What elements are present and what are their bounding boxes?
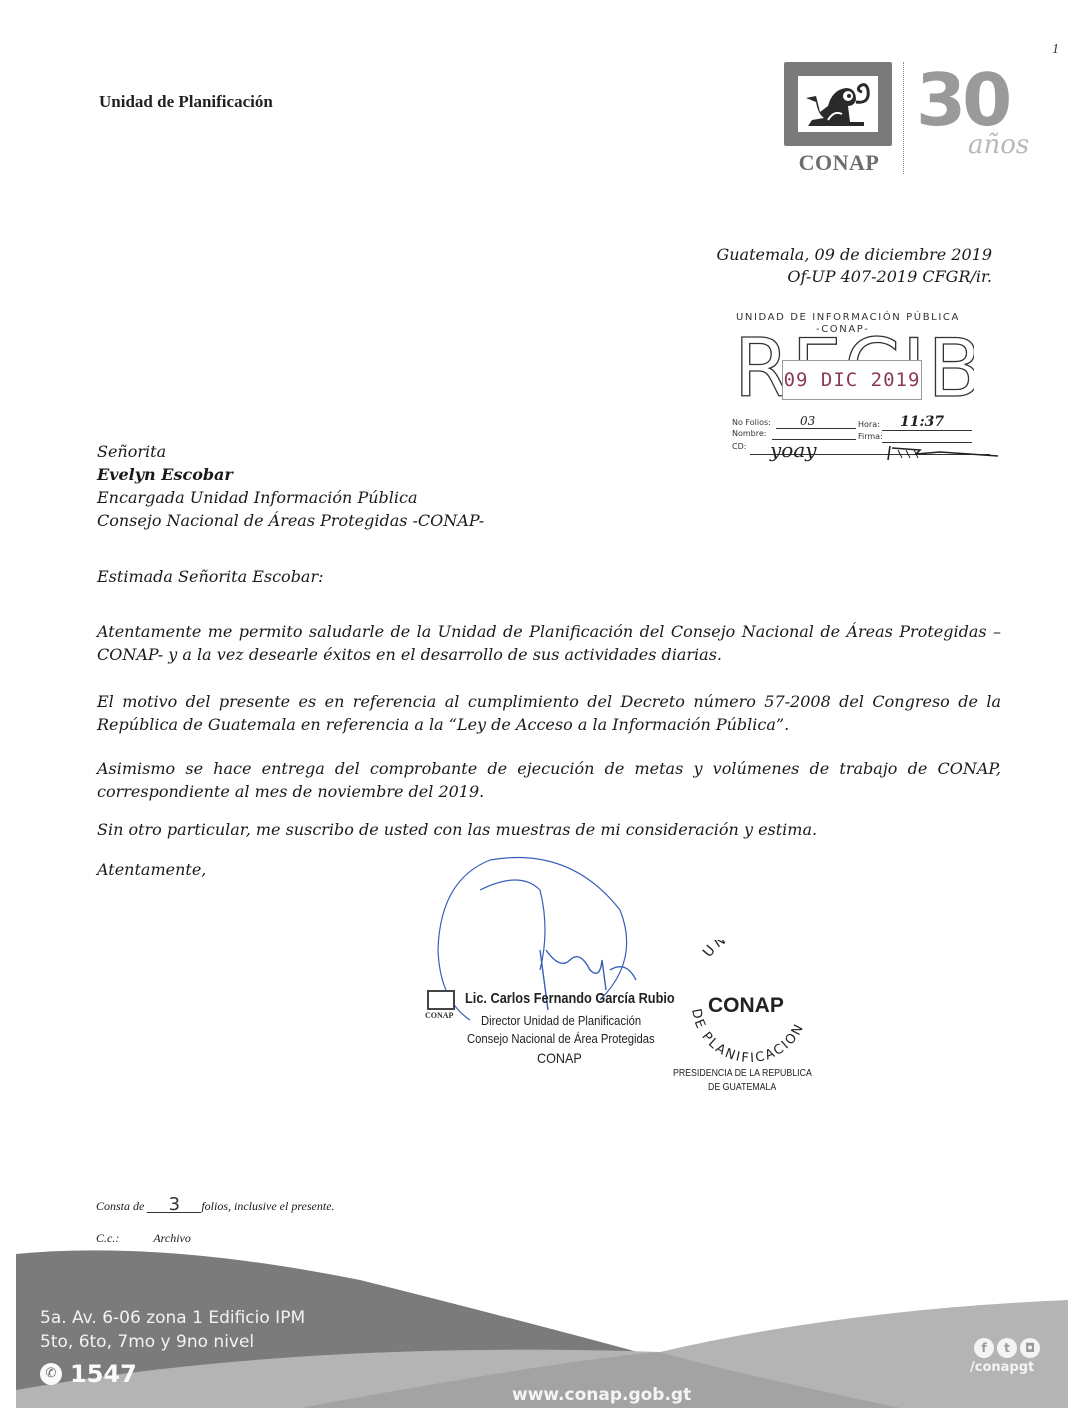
reference-number: Of-UP 407-2019 CFGR/ir. [787, 267, 992, 286]
logo-frame [784, 62, 892, 146]
recipient-organization: Consejo Nacional de Áreas Protegidas -CO… [97, 509, 484, 532]
social-handle[interactable]: /conapgt [970, 1360, 1034, 1375]
signatory-acronym: CONAP [537, 1050, 582, 1066]
seal-footer-line: DE GUATEMALA [708, 1082, 776, 1093]
folios-note: Consta de 3folios, inclusive el presente… [96, 1198, 335, 1214]
letterhead-footer: 5a. Av. 6-06 zona 1 Edificio IPM 5to, 6t… [0, 1240, 1088, 1408]
instagram-icon[interactable]: ◘ [1020, 1338, 1040, 1358]
footer-phone: ✆ 1547 [40, 1360, 137, 1388]
greeting: Estimada Señorita Escobar: [97, 567, 324, 586]
stamp-field-label: No Folios: [732, 418, 771, 427]
phone-icon: ✆ [40, 1363, 62, 1385]
folios-count: 3 [147, 1198, 201, 1213]
recipient-block: Señorita Evelyn Escobar Encargada Unidad… [97, 440, 484, 532]
body-paragraph: El motivo del presente es en referencia … [97, 690, 1001, 736]
logo-divider [903, 62, 904, 174]
recipient-title: Señorita [97, 440, 484, 463]
signatory-organization: Consejo Nacional de Área Protegidas [467, 1032, 655, 1046]
facebook-icon[interactable]: f [974, 1338, 994, 1358]
body-paragraph: Atentamente me permito saludarle de la U… [97, 620, 1001, 666]
social-icons: f t ◘ [974, 1338, 1040, 1358]
conap-logo: CONAP [782, 62, 902, 180]
stamp-field-label: CD: [732, 442, 746, 451]
svg-text:UNIDAD: UNIDAD [700, 940, 779, 961]
anniversary-badge: 30 años [916, 64, 1036, 174]
stamp-field-value: 11:37 [900, 414, 944, 430]
recipient-name: Evelyn Escobar [97, 463, 484, 486]
twitter-icon[interactable]: t [997, 1338, 1017, 1358]
stamp-date: 09 DIC 2019 [782, 360, 922, 400]
stamp-handwritten-initials: yoay [770, 438, 817, 462]
seal-top-text: UNIDAD [700, 940, 779, 961]
page-number-mark: 1 [1052, 42, 1059, 58]
planning-unit-seal: UNIDAD DE PLANIFICACION CONAP PRESIDENCI… [672, 940, 822, 1100]
anniversary-number: 30 [916, 64, 1008, 136]
signatory-name: Lic. Carlos Fernando García Rubio [465, 990, 675, 1007]
seal-footer-line: PRESIDENCIA DE LA REPUBLICA [672, 1068, 813, 1079]
signature-conap-logo: CONAP [425, 990, 459, 1022]
stamp-field-label: Hora: [858, 420, 880, 429]
website-link[interactable]: www.conap.gob.gt [512, 1385, 691, 1405]
stamp-field-label: Nombre: [732, 429, 766, 438]
logo-wordmark: CONAP [782, 150, 896, 176]
body-paragraph: Asimismo se hace entrega del comprobante… [97, 757, 1001, 803]
monkey-icon [798, 76, 878, 132]
footer-address-line: 5to, 6to, 7mo y 9no nivel [40, 1332, 254, 1352]
stamp-title: UNIDAD DE INFORMACIÓN PÚBLICA [736, 312, 960, 323]
footer-address-line: 5a. Av. 6-06 zona 1 Edificio IPM [40, 1308, 305, 1328]
stamp-signature-scribble [880, 434, 1000, 464]
body-paragraph: Sin otro particular, me suscribo de uste… [97, 818, 1001, 841]
handwritten-signature [430, 850, 650, 1040]
seal-center-text: CONAP [708, 994, 784, 1018]
recipient-position: Encargada Unidad Información Pública [97, 486, 484, 509]
unit-header: Unidad de Planificación [99, 92, 273, 112]
signatory-title: Director Unidad de Planificación [481, 1014, 641, 1028]
anniversary-word: años [968, 130, 1029, 160]
closing: Atentamente, [97, 860, 206, 879]
stamp-field-value: 03 [800, 414, 815, 428]
place-date: Guatemala, 09 de diciembre 2019 [716, 243, 992, 267]
received-stamp: UNIDAD DE INFORMACIÓN PÚBLICA -CONAP- RE… [730, 310, 1000, 470]
phone-number: 1547 [70, 1360, 137, 1388]
